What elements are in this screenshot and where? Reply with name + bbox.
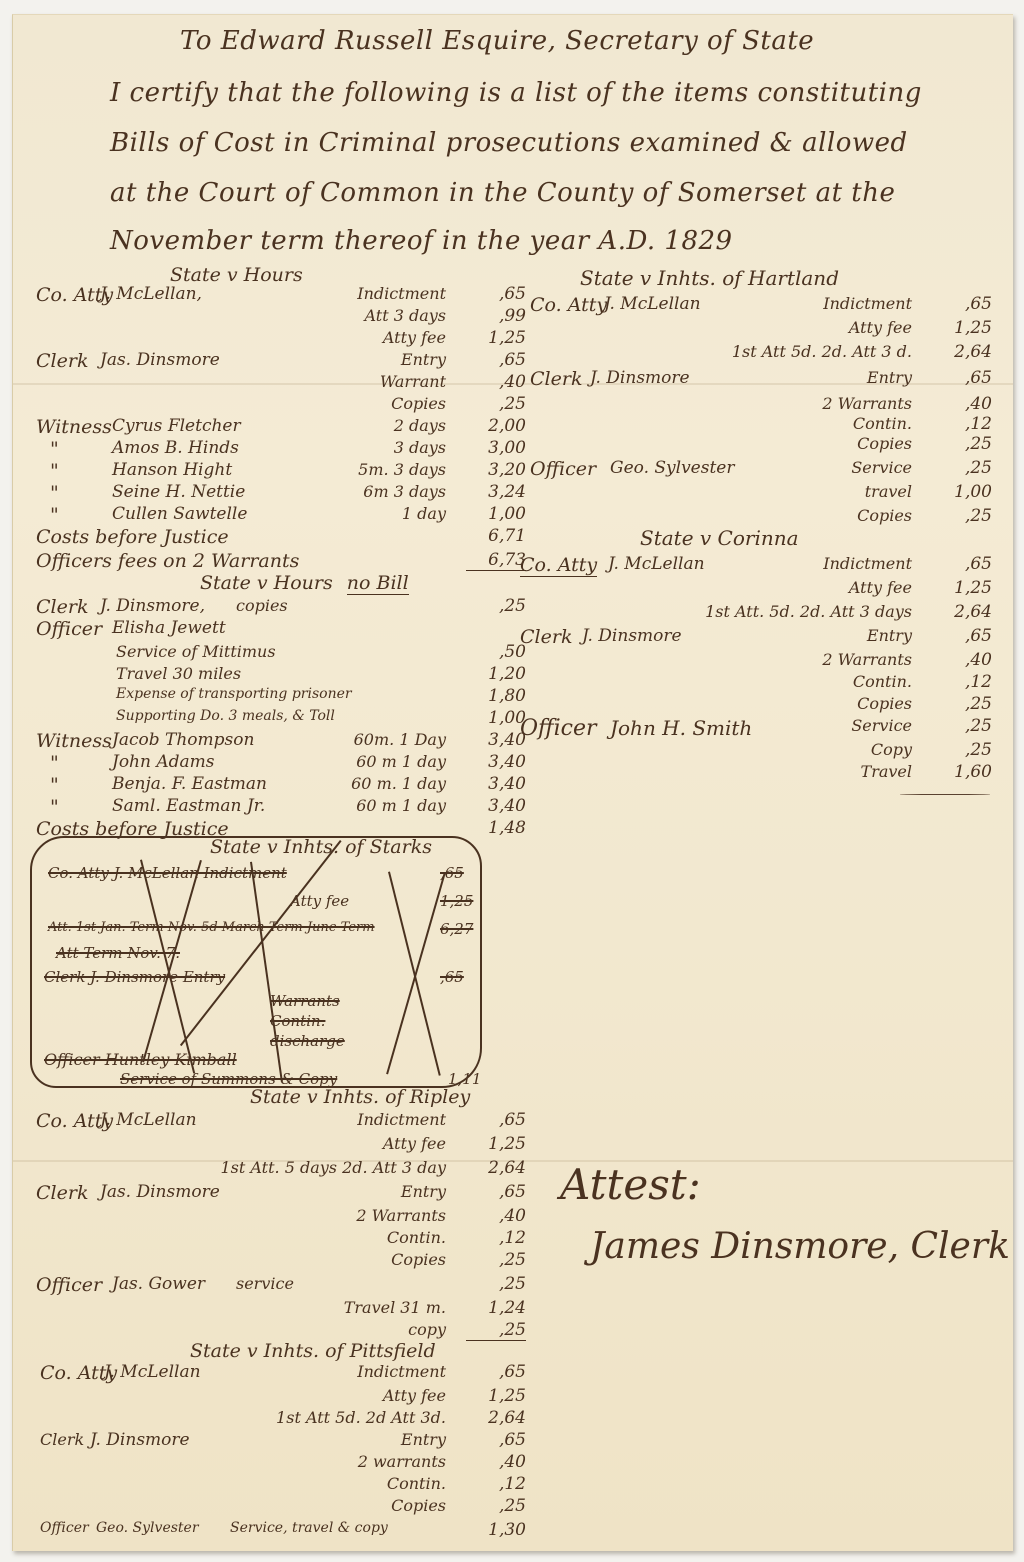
ledger-row: Contin. ,12 <box>530 414 992 436</box>
ledger-row: Co. Atty J. McLellan, Indictment ,65 <box>36 284 526 306</box>
ledger-row: Travel 1,60 <box>520 762 992 784</box>
ledger-row: 1st Att. 5 days 2d. Att 3 day 2,64 <box>36 1158 526 1180</box>
ledger-row: Contin. ,12 <box>36 1228 526 1250</box>
ledger-row: travel 1,00 <box>530 482 992 504</box>
ledger-row: 2 Warrants ,40 <box>36 1206 526 1228</box>
ledger-row: Att 3 days ,99 <box>36 306 526 328</box>
case-title: State v Hours <box>200 572 333 594</box>
ledger-row: " Hanson Hight 5m. 3 days 3,20 <box>36 460 526 482</box>
ledger-row: 1st Att 5d. 2d Att 3d. 2,64 <box>40 1408 526 1430</box>
ledger-row: 2 Warrants ,40 <box>520 650 992 672</box>
ledger-row: Clerk J. Dinsmore Entry ,65 <box>520 626 992 648</box>
case-title: State v Corinna <box>640 526 799 550</box>
struck-amount: ,65 <box>440 968 464 990</box>
ledger-row: Co. Atty J. McLellan Indictment ,65 <box>40 1362 526 1384</box>
header-line-2: I certify that the following is a list o… <box>110 78 922 108</box>
ledger-row: Officer Jas. Gower service ,25 <box>36 1274 526 1296</box>
header-line-3: Bills of Cost in Criminal prosecutions e… <box>110 128 908 158</box>
case-note: no Bill <box>347 572 409 595</box>
clerk-signature: James Dinsmore, Clerk <box>590 1226 1010 1267</box>
ledger-row: Clerk J. Dinsmore, copies ,25 <box>36 596 526 618</box>
ledger-row: 1st Att. 5d. 2d. Att 3 days 2,64 <box>520 602 992 624</box>
attest-label: Attest: <box>560 1160 701 1209</box>
ledger-row: Copy ,25 <box>520 740 992 762</box>
struck-row: Att. 1st Jan. Term Nov. 5d March Term Ju… <box>48 920 375 942</box>
case-title: State v Hours <box>170 264 303 286</box>
ledger-row: copy ,25 <box>36 1320 526 1342</box>
ledger-row: Copies ,25 <box>530 434 992 456</box>
ledger-row: " John Adams 60 m 1 day 3,40 <box>36 752 526 774</box>
struck-row: discharge <box>270 1032 345 1054</box>
flourish-line <box>900 794 990 795</box>
ledger-row: Travel 31 m. 1,24 <box>36 1298 526 1320</box>
case-title: State v Inhts. of Starks <box>210 836 432 858</box>
ledger-row: Costs before Justice 6,71 <box>36 526 526 548</box>
ledger-row: Copies ,25 <box>520 694 992 716</box>
ledger-row: Service of Mittimus ,50 <box>36 642 526 664</box>
ledger-row: Clerk Jas. Dinsmore Entry ,65 <box>36 350 526 372</box>
ledger-row: 2 Warrants ,40 <box>530 394 992 416</box>
case-title: State v Inhts. of Ripley <box>250 1086 470 1108</box>
ledger-row: 2 warrants ,40 <box>40 1452 526 1474</box>
struck-row: Warrants <box>270 992 340 1014</box>
ledger-row: Atty fee 1,25 <box>36 328 526 350</box>
ledger-row: Co. Atty J. McLellan Indictment ,65 <box>36 1110 526 1132</box>
case-title: State v Inhts. of Pittsfield <box>190 1340 436 1362</box>
ledger-row: Copies ,25 <box>36 1250 526 1272</box>
ledger-row: Atty fee 1,25 <box>520 578 992 600</box>
ledger-row: " Amos B. Hinds 3 days 3,00 <box>36 438 526 460</box>
ledger-row: Contin. ,12 <box>40 1474 526 1496</box>
ledger-row: Officers fees on 2 Warrants 6,73 <box>36 550 526 572</box>
ledger-row: Expense of transporting prisoner 1,80 <box>36 686 526 708</box>
struck-row: Clerk J. Dinsmore Entry <box>44 968 225 990</box>
ledger-row: Contin. ,12 <box>520 672 992 694</box>
header-line-4: at the Court of Common in the County of … <box>110 178 895 208</box>
ledger-row: " Saml. Eastman Jr. 60 m 1 day 3,40 <box>36 796 526 818</box>
ledger-row: " Cullen Sawtelle 1 day 1,00 <box>36 504 526 526</box>
ledger-row: " Seine H. Nettie 6m 3 days 3,24 <box>36 482 526 504</box>
ledger-row: Officer John H. Smith Service ,25 <box>520 716 992 738</box>
header-line-5: November term thereof in the year A.D. 1… <box>110 226 733 256</box>
struck-row: Officer Huntley Kimball <box>44 1050 237 1072</box>
ledger-row: Clerk J. Dinsmore Entry ,65 <box>530 368 992 390</box>
ledger-row: Atty fee 1,25 <box>40 1386 526 1408</box>
ledger-row: Co. Atty J. McLellan Indictment ,65 <box>530 294 992 316</box>
ledger-row: Officer Geo. Sylvester Service ,25 <box>530 458 992 480</box>
ledger-row: Warrant ,40 <box>36 372 526 394</box>
case-title: State v Inhts. of Hartland <box>580 266 839 290</box>
ledger-row: Copies ,25 <box>36 394 526 416</box>
ledger-row: Officer Elisha Jewett <box>36 618 526 640</box>
header-line-1: To Edward Russell Esquire, Secretary of … <box>180 26 814 56</box>
ledger-row: Travel 30 miles 1,20 <box>36 664 526 686</box>
ledger-row: Atty fee 1,25 <box>36 1134 526 1156</box>
struck-amount: 1,25 <box>440 892 473 914</box>
struck-row: Contin. <box>270 1012 325 1034</box>
ledger-row: Officer Geo. Sylvester Service, travel &… <box>40 1520 526 1542</box>
ledger-row: Copies ,25 <box>40 1496 526 1518</box>
ledger-row: Copies ,25 <box>530 506 992 528</box>
ledger-row: Clerk Jas. Dinsmore Entry ,65 <box>36 1182 526 1204</box>
ledger-row: Atty fee 1,25 <box>530 318 992 340</box>
ledger-row: 1st Att 5d. 2d. Att 3 d. 2,64 <box>530 342 992 364</box>
ledger-row: Witness Jacob Thompson 60m. 1 Day 3,40 <box>36 730 526 752</box>
ledger-row: Clerk J. Dinsmore Entry ,65 <box>40 1430 526 1452</box>
ledger-row: Witness Cyrus Fletcher 2 days 2,00 <box>36 416 526 438</box>
ledger-row: Supporting Do. 3 meals, & Toll 1,00 <box>36 708 526 730</box>
ledger-row: " Benja. F. Eastman 60 m. 1 day 3,40 <box>36 774 526 796</box>
struck-amount: 6,27 <box>440 920 473 942</box>
ledger-row: Co. Atty J. McLellan Indictment ,65 <box>520 554 992 576</box>
